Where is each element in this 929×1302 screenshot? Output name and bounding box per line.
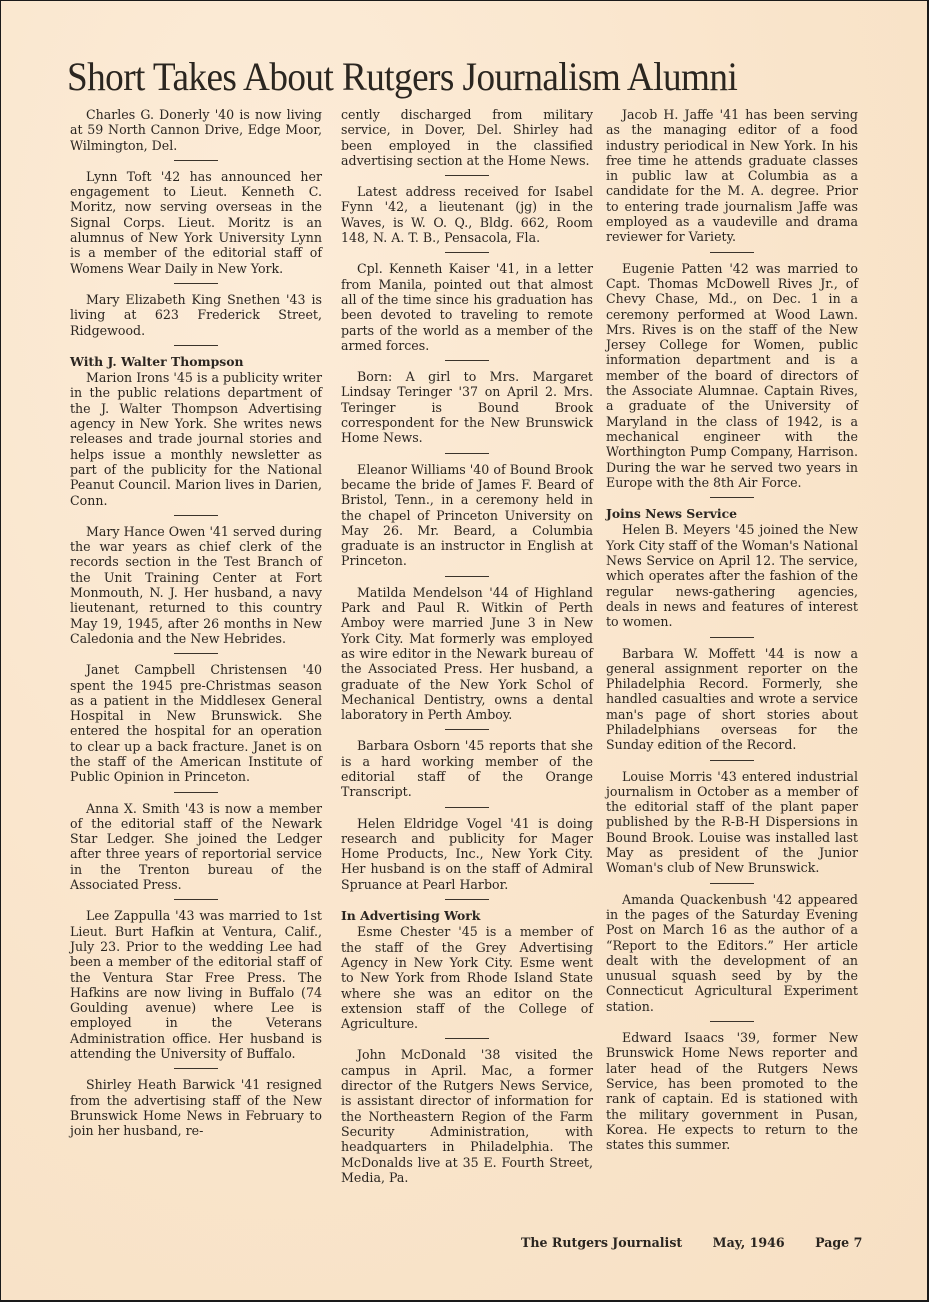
note-text: Born: A girl to Mrs. Margaret Lindsay Te… — [341, 369, 593, 445]
section-heading: With J. Walter Thompson — [70, 354, 322, 369]
note-text: Janet Campbell Christensen '40 spent the… — [70, 662, 322, 784]
alumni-note: Charles G. Donerly '40 is now living at … — [70, 107, 322, 153]
alumni-note: John McDonald '38 visited the campus in … — [341, 1047, 593, 1185]
alumni-note: Matilda Mendelson '44 of Highland Park a… — [341, 585, 593, 723]
note-text: cently discharged from military service,… — [341, 107, 593, 168]
alumni-note: Joins News ServiceHelen B. Meyers '45 jo… — [606, 506, 858, 629]
alumni-note: Mary Hance Owen '41 served during the wa… — [70, 524, 322, 646]
note-text: Lee Zappulla '43 was married to 1st Lieu… — [70, 908, 322, 1061]
divider-rule — [445, 175, 489, 176]
alumni-note: Edward Isaacs '39, former New Brunswick … — [606, 1030, 858, 1152]
note-text: Latest address received for Isabel Fynn … — [341, 184, 593, 245]
divider-rule — [445, 453, 489, 454]
note-text: Shirley Heath Barwick '41 resigned from … — [70, 1077, 322, 1138]
alumni-note: Eugenie Patten '42 was married to Capt. … — [606, 261, 858, 490]
section-heading: In Advertising Work — [341, 908, 593, 923]
alumni-note: Helen Eldridge Vogel '41 is doing resear… — [341, 816, 593, 892]
divider-rule — [174, 283, 218, 284]
alumni-note: Barbara Osborn '45 reports that she is a… — [341, 738, 593, 799]
divider-rule — [174, 899, 218, 900]
footer-date: May, 1946 — [713, 1235, 785, 1250]
note-text: Esme Chester '45 is a member of the staf… — [341, 924, 593, 1031]
alumni-note: Mary Elizabeth King Snethen '43 is livin… — [70, 292, 322, 338]
note-text: Barbara Osborn '45 reports that she is a… — [341, 738, 593, 799]
divider-rule — [445, 899, 489, 900]
note-text: Marion Irons '45 is a publicity writer i… — [70, 370, 322, 508]
alumni-note: With J. Walter ThompsonMarion Irons '45 … — [70, 354, 322, 508]
note-text: Anna X. Smith '43 is now a member of the… — [70, 801, 322, 893]
note-text: Cpl. Kenneth Kaiser '41, in a letter fro… — [341, 261, 593, 353]
alumni-note: Amanda Quackenbush '42 appeared in the p… — [606, 892, 858, 1014]
note-text: Louise Morris '43 entered industrial jou… — [606, 769, 858, 876]
note-text: Matilda Mendelson '44 of Highland Park a… — [341, 585, 593, 723]
note-text: Lynn Toft '42 has announced her engageme… — [70, 169, 322, 276]
column-3: Jacob H. Jaffe '41 has been serving as t… — [606, 107, 858, 1152]
divider-rule — [174, 653, 218, 654]
divider-rule — [710, 760, 754, 761]
divider-rule — [710, 1021, 754, 1022]
note-text: Jacob H. Jaffe '41 has been serving as t… — [606, 107, 858, 245]
divider-rule — [710, 637, 754, 638]
divider-rule — [445, 360, 489, 361]
section-heading: Joins News Service — [606, 506, 858, 521]
alumni-note: Janet Campbell Christensen '40 spent the… — [70, 662, 322, 784]
alumni-note: Barbara W. Moffett '44 is now a general … — [606, 646, 858, 753]
alumni-note: Lynn Toft '42 has announced her engageme… — [70, 169, 322, 276]
alumni-note: Shirley Heath Barwick '41 resigned from … — [70, 1077, 322, 1138]
column-2: cently discharged from military service,… — [341, 107, 593, 1185]
divider-rule — [174, 160, 218, 161]
alumni-note: Cpl. Kenneth Kaiser '41, in a letter fro… — [341, 261, 593, 353]
note-text: Barbara W. Moffett '44 is now a general … — [606, 646, 858, 753]
note-text: Charles G. Donerly '40 is now living at … — [70, 107, 322, 153]
page-footer: The Rutgers Journalist May, 1946 Page 7 — [521, 1235, 862, 1250]
divider-rule — [710, 883, 754, 884]
note-text: Edward Isaacs '39, former New Brunswick … — [606, 1030, 858, 1152]
page-title: Short Takes About Rutgers Journalism Alu… — [67, 53, 792, 100]
note-text: Eugenie Patten '42 was married to Capt. … — [606, 261, 858, 490]
divider-rule — [174, 345, 218, 346]
newsletter-page: Short Takes About Rutgers Journalism Alu… — [1, 1, 927, 1300]
divider-rule — [710, 497, 754, 498]
alumni-note: Jacob H. Jaffe '41 has been serving as t… — [606, 107, 858, 245]
alumni-note: cently discharged from military service,… — [341, 107, 593, 168]
alumni-note: Anna X. Smith '43 is now a member of the… — [70, 801, 322, 893]
divider-rule — [445, 576, 489, 577]
footer-page-number: Page 7 — [815, 1235, 862, 1250]
alumni-note: Lee Zappulla '43 was married to 1st Lieu… — [70, 908, 322, 1061]
alumni-note: Latest address received for Isabel Fynn … — [341, 184, 593, 245]
divider-rule — [710, 252, 754, 253]
divider-rule — [445, 1038, 489, 1039]
divider-rule — [174, 1068, 218, 1069]
note-text: Helen B. Meyers '45 joined the New York … — [606, 522, 858, 629]
column-1: Charles G. Donerly '40 is now living at … — [70, 107, 322, 1139]
footer-publication: The Rutgers Journalist — [521, 1235, 682, 1250]
note-text: Amanda Quackenbush '42 appeared in the p… — [606, 892, 858, 1014]
note-text: Eleanor Williams '40 of Bound Brook beca… — [341, 462, 593, 569]
note-text: Helen Eldridge Vogel '41 is doing resear… — [341, 816, 593, 892]
note-text: Mary Elizabeth King Snethen '43 is livin… — [70, 292, 322, 338]
alumni-note: Louise Morris '43 entered industrial jou… — [606, 769, 858, 876]
divider-rule — [445, 807, 489, 808]
alumni-note: Eleanor Williams '40 of Bound Brook beca… — [341, 462, 593, 569]
alumni-note: Born: A girl to Mrs. Margaret Lindsay Te… — [341, 369, 593, 445]
divider-rule — [174, 792, 218, 793]
note-text: Mary Hance Owen '41 served during the wa… — [70, 524, 322, 646]
divider-rule — [174, 515, 218, 516]
note-text: John McDonald '38 visited the campus in … — [341, 1047, 593, 1185]
alumni-note: In Advertising WorkEsme Chester '45 is a… — [341, 908, 593, 1031]
divider-rule — [445, 252, 489, 253]
divider-rule — [445, 729, 489, 730]
